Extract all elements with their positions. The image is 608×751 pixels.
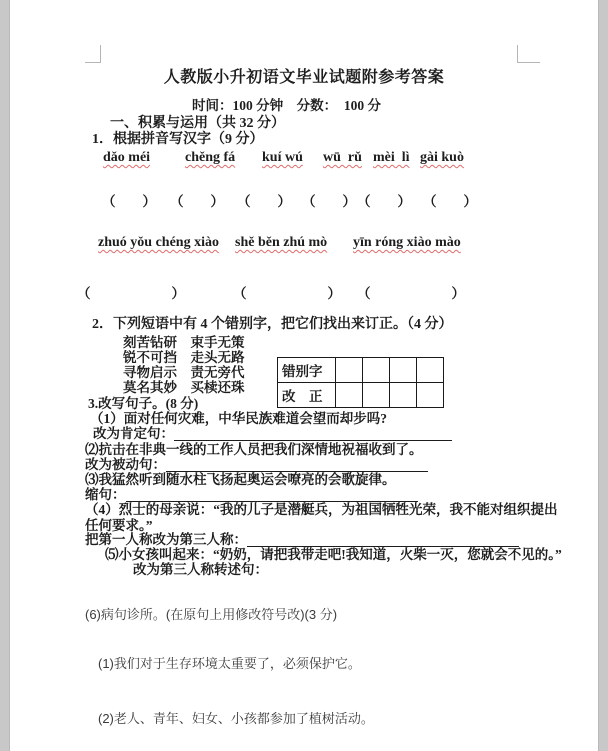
rewrite-sentence-2: ⑵抗击在非典一线的工作人员把我们深情地祝福收到了。 [85,442,423,457]
table-row: 错别字 [278,358,444,383]
word-processor-viewport: 人教版小升初语文毕业试题附参考答案 时间：100 分钟 分数： 100 分 一、… [0,0,608,751]
pinyin-word: kuí wú [262,150,303,166]
margin-crop-mark-right-vertical [517,45,518,63]
margin-crop-mark-left-vertical [100,45,101,63]
rewrite-prompt-3: 缩句： [85,487,418,502]
exam-title: 人教版小升初语文毕业试题附参考答案 [10,70,598,85]
answer-blank-parens: （ ） [357,282,465,302]
answer-blank-line [174,427,452,441]
answer-blank-line [166,458,428,472]
sick-sentence-2: (2)老人、青年、妇女、小孩都参加了植树活动。 [98,711,374,726]
table-row: 改 正 [278,383,444,408]
answer-blank-parens: （ ） [170,190,224,210]
table-empty-cell [390,383,417,408]
answer-blank-line [247,533,519,547]
question3-heading: 3.改写句子。(8 分) [88,396,198,411]
pinyin-phrase: shě běn zhú mò [235,235,327,251]
table-empty-cell [417,383,444,408]
answer-blank-parens: （ ） [423,190,477,210]
margin-crop-mark-right-horizontal [517,62,540,63]
table-empty-cell [363,383,390,408]
table-label-correction: 改 正 [278,383,336,408]
scrollbar-track[interactable] [598,0,608,751]
rewrite-prompt-4: 把第一人称改为第三人称： [85,532,519,547]
pinyin-phrase: zhuó yǒu chéng xiào [98,235,219,251]
idiom-pair: 寻物启示 责无旁代 [123,365,245,380]
idiom-pair: 锐不可挡 走头无路 [123,350,245,365]
answer-blank-line [126,488,418,502]
pinyin-word: mèi lì [373,150,410,166]
rewrite-sentence-3: ⑶我猛然听到随水柱飞扬起奥运会嘹亮的会歌旋律。 [85,472,396,487]
document-page[interactable]: 人教版小升初语文毕业试题附参考答案 时间：100 分钟 分数： 100 分 一、… [10,0,598,751]
margin-crop-mark-left-horizontal [85,62,101,63]
sick-sentence-1: (1)我们对于生存环境太重要了，必须保护它。 [98,656,361,671]
pinyin-word: wū rǔ [323,150,362,166]
pinyin-word: gài kuò [420,150,464,166]
table-empty-cell [336,358,363,383]
rewrite-sentence-5: ⑸小女孩叫起来：“奶奶，请把我带走吧!我知道，火柴一灭，您就会不见的。” [105,547,562,562]
answer-blank-parens: （ ） [233,282,341,302]
question1-heading: 1．根据拼音写汉字（9 分） [92,132,264,147]
left-page-gutter [0,0,10,751]
prompt-label: 把第一人称改为第三人称： [85,532,247,547]
pinyin-word: chěng fá [185,150,235,166]
answer-blank-parens: （ ） [237,190,291,210]
table-label-wrong-chars: 错别字 [278,358,336,383]
prompt-label: 改为肯定句： [93,426,174,441]
prompt-label: 改为被动句： [85,457,166,472]
pinyin-word: dǎo méi [103,150,150,166]
table-empty-cell [336,383,363,408]
rewrite-sentence-4: （4）烈士的母亲说：“我的儿子是潜艇兵，为祖国牺牲光荣，我不能对组织提出任何要求… [85,502,563,533]
rewrite-prompt-1: 改为肯定句： [93,426,452,441]
section-one-heading: 一、积累与运用（共 32 分） [110,116,285,131]
rewrite-prompt-2: 改为被动句： [85,457,428,472]
rewrite-sentence-1: （1）面对任何灾难，中华民族难道会望而却步吗? [90,411,387,426]
prompt-label: 缩句： [85,487,126,502]
table-empty-cell [363,358,390,383]
answer-blank-parens: （ ） [357,190,411,210]
exam-meta-time-score: 时间：100 分钟 分数： 100 分 [192,98,381,113]
answer-blank-parens: （ ） [77,282,185,302]
pinyin-phrase: yīn róng xiào mào [353,235,461,251]
table-empty-cell [390,358,417,383]
answer-blank-parens: （ ） [302,190,356,210]
correction-table: 错别字 改 正 [277,357,444,408]
question6-heading: (6)病句诊所。(在原句上用修改符号改)(3 分) [85,607,337,622]
idiom-pair: 刻苦钻研 束手无策 [123,335,245,350]
question2-heading: 2．下列短语中有 4 个错别字，把它们找出来订正。（4 分） [92,317,453,332]
answer-blank-parens: （ ） [102,190,156,210]
rewrite-prompt-5: 改为第三人称转述句： [133,562,268,577]
idiom-pair: 莫名其妙 买椟还珠 [123,380,245,395]
table-empty-cell [417,358,444,383]
